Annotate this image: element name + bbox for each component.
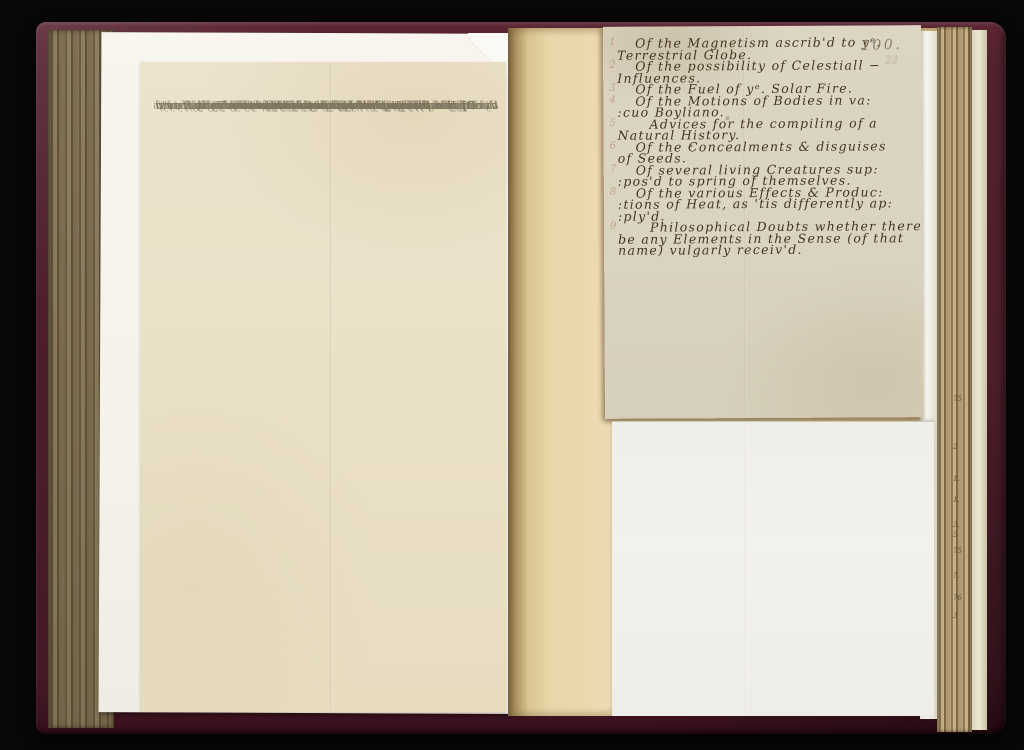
right-fore-edge-page-stack: 7521.1.3.5757.763 [937,27,972,732]
lower-sheet-crease [745,424,747,714]
bleedthrough-line: Of the affinity betwixt light and sound [222,98,476,113]
right-page-lower-white-sheet [612,421,934,716]
margin-number: 4 [609,94,615,105]
margin-number: 3 [609,83,615,94]
fore-edge-number: 3. [953,521,960,529]
foxing-speck [690,144,693,147]
slip-lines: 1Of the Magnetism ascrib'd to yᵉ.Terrest… [609,34,916,276]
slip-line: name) vulgarly receiv'd. [610,241,916,254]
fore-edge-number: 76 [953,594,962,602]
fore-edge-number: 3 [953,612,957,620]
margin-number: 5 [609,117,615,128]
photograph-of-open-manuscript-book: What kinds of Bodys are luminous and wha… [0,0,1024,750]
fore-edge-number: 75 [953,395,962,403]
margin-number: 9 [610,221,616,232]
margin-number: 6 [610,140,616,151]
slip-line-text: name) vulgarly receiv'd. [618,242,803,258]
right-endpaper-strip [972,30,987,730]
pasted-slip-with-list: 1Of the Magnetism ascrib'd to yᵉ.Terrest… [603,25,923,419]
page-number: 100. [861,37,903,55]
foxing-speck [725,116,729,120]
secondary-pencil-mark: 22 [885,55,898,66]
fore-edge-number: 1. [953,475,960,483]
margin-number: 1 [609,37,615,48]
fore-edge-number: 2 [953,443,957,451]
margin-number: 2 [609,60,615,71]
bleedthrough-mirrored-text: What kinds of Bodys are luminous and wha… [154,98,498,618]
fore-edge-number: 5 [953,531,957,539]
margin-number: 7 [610,163,616,174]
fore-edge-number: 7. [953,572,960,580]
margin-number: 8 [610,186,616,197]
fore-edge-number: 1. [953,496,960,504]
fore-edge-number: 75 [953,547,962,555]
